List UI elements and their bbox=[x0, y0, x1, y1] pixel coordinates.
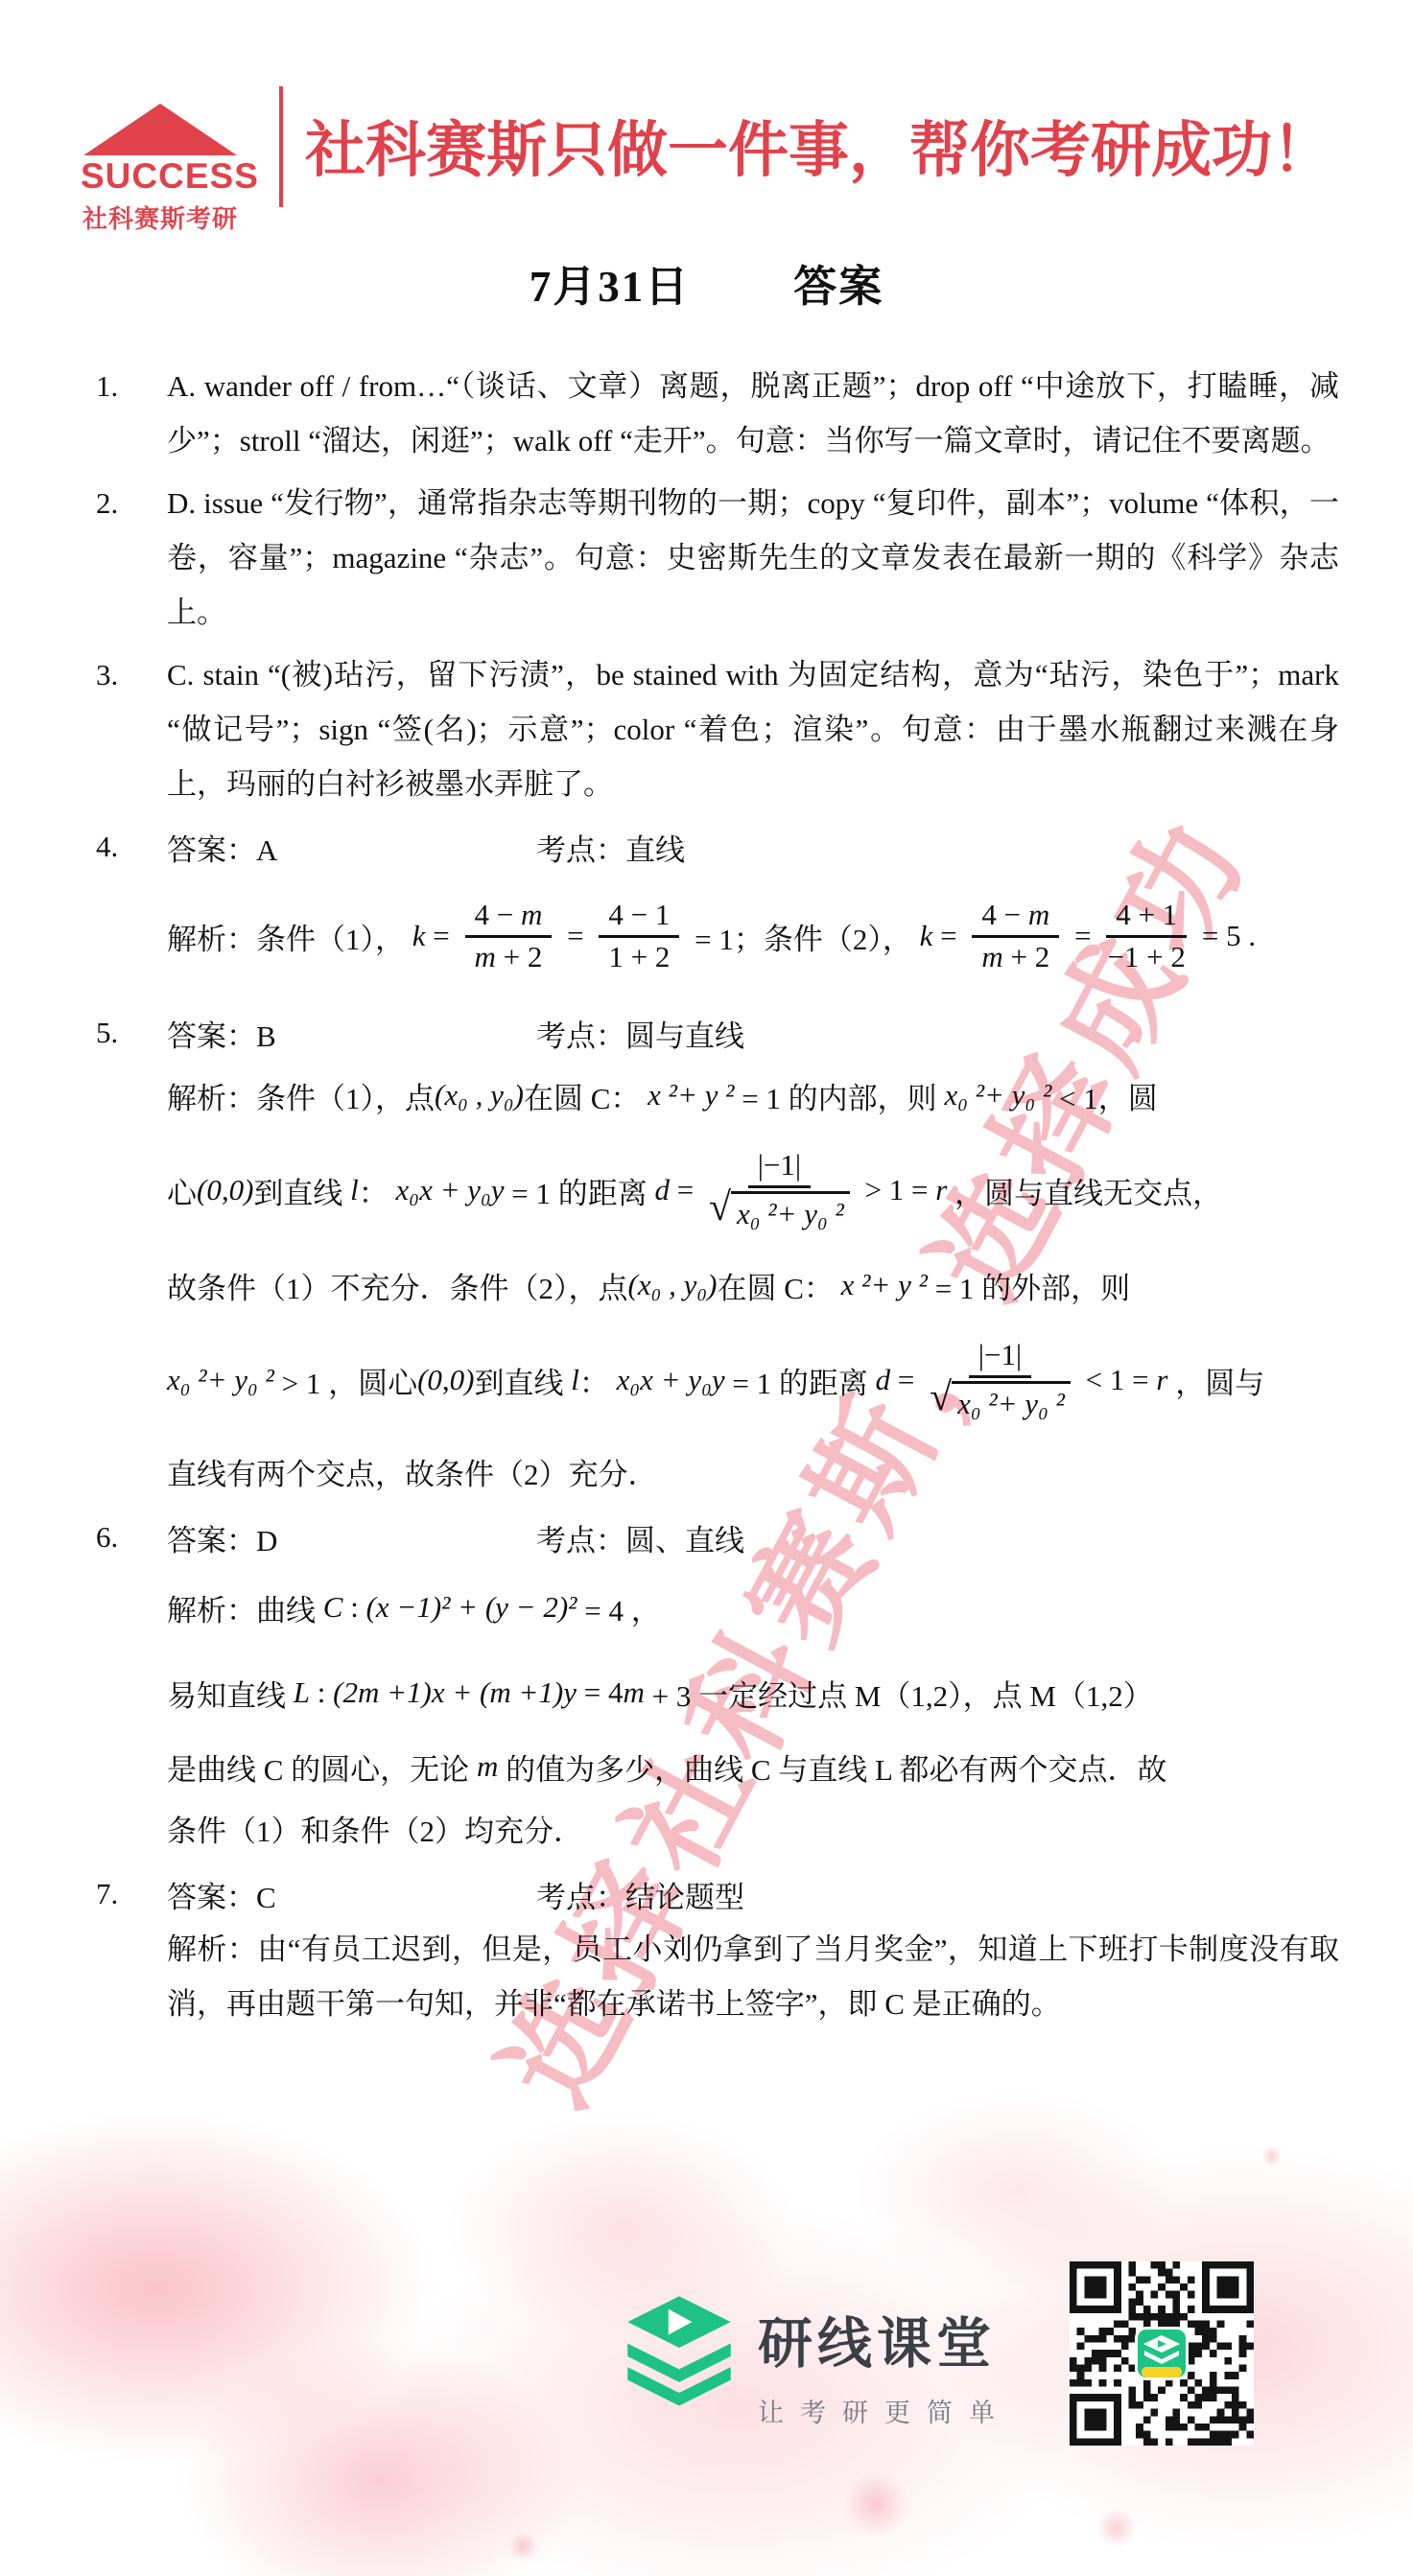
math-text: = 4 bbox=[577, 1675, 623, 1710]
math-text: r bbox=[935, 1173, 947, 1207]
math-text: 是曲线 C 的圆心，无论 bbox=[167, 1745, 477, 1789]
answer-item: 5.答案：B考点：圆与直线解析：条件（1），点(x₀ , y₀)在圆 C： x … bbox=[92, 1005, 1339, 1502]
math-text: x₀ ²+ y₀ ² bbox=[737, 1197, 844, 1230]
fraction-denominator: −1 + 2 bbox=[1107, 938, 1185, 974]
math-text: = bbox=[1067, 919, 1098, 953]
math-text: d bbox=[655, 1173, 671, 1207]
math-text: 4 − bbox=[475, 898, 521, 931]
fraction-numerator: |−1| bbox=[969, 1339, 1031, 1378]
brand-name: SUCCESS bbox=[81, 156, 240, 197]
math-text: d bbox=[876, 1363, 891, 1397]
title-answer-word: 答案 bbox=[793, 263, 883, 311]
math-text: l bbox=[571, 1363, 579, 1397]
math-text: ，圆与 bbox=[1167, 1359, 1264, 1402]
answer-label: 答案：C bbox=[167, 1873, 536, 1916]
footer-tagline: 让考研更简单 bbox=[758, 2392, 1011, 2429]
formula-line: 解析：条件（1）， k = 4 − mm + 2 = 4 − 11 + 2 = … bbox=[167, 875, 1339, 997]
answer-item: 4.答案：A考点：直线解析：条件（1）， k = 4 − mm + 2 = 4 … bbox=[92, 819, 1339, 997]
radicand: x₀ ²+ y₀ ² bbox=[731, 1191, 850, 1231]
fraction: 4 − 11 + 2 bbox=[599, 899, 679, 973]
math-text: ： bbox=[579, 1359, 617, 1402]
brand-subtitle: 社科赛斯考研 bbox=[81, 199, 240, 235]
exam-point-label: 考点：结论题型 bbox=[536, 1873, 744, 1916]
answer-point-row: 答案：D考点：圆、直线 bbox=[167, 1510, 1339, 1565]
exam-point-label: 考点：圆与直线 bbox=[536, 1012, 744, 1055]
answer-label: 答案：D bbox=[167, 1516, 536, 1559]
fraction-denominator: 1 + 2 bbox=[608, 938, 670, 974]
math-text: m bbox=[623, 1675, 644, 1710]
math-text: (x₀ , y₀) bbox=[435, 1078, 524, 1112]
math-text: (2m +1)x + (m +1)y bbox=[333, 1675, 577, 1710]
paragraph: A. wander off / from…“（谈话、文章）离题，脱离正题”；dr… bbox=[167, 359, 1339, 468]
math-text: 4 − 1 bbox=[608, 898, 670, 931]
math-text: m bbox=[981, 940, 1002, 973]
fraction-denominator: √x₀ ²+ y₀ ² bbox=[930, 1378, 1071, 1421]
math-text: = 4 ， bbox=[577, 1586, 660, 1629]
math-text: (0,0) bbox=[417, 1363, 474, 1397]
math-text: < 1，圆 bbox=[1051, 1074, 1157, 1117]
item-number: 7. bbox=[92, 1866, 167, 2031]
fraction-numerator: 4 + 1 bbox=[1106, 899, 1187, 938]
sqrt-expression: √x₀ ²+ y₀ ² bbox=[709, 1191, 850, 1231]
math-text: C. stain “(被)玷污，留下污渍”，be stained with 为固… bbox=[167, 658, 1347, 801]
math-text: 在圆 C： bbox=[717, 1264, 840, 1307]
item-content: 答案：A考点：直线解析：条件（1）， k = 4 − mm + 2 = 4 − … bbox=[167, 819, 1339, 997]
page-title: 7月31日答案 bbox=[0, 251, 1413, 314]
radical-sign: √ bbox=[930, 1378, 952, 1418]
math-text: (x₀ , y₀) bbox=[628, 1268, 718, 1302]
qr-center-icon bbox=[1135, 2327, 1189, 2380]
math-text: m bbox=[477, 1749, 498, 1784]
item-number: 3. bbox=[92, 647, 167, 811]
math-text: m bbox=[1028, 898, 1049, 931]
math-text: < 1 = bbox=[1078, 1363, 1156, 1397]
math-text: = 1 的外部，则 bbox=[928, 1264, 1130, 1307]
answer-point-row: 答案：B考点：圆与直线 bbox=[167, 1005, 1339, 1061]
fraction-denominator: m + 2 bbox=[475, 938, 543, 974]
math-text: 的值为多少，曲线 C 与直线 L 都必有两个交点．故 bbox=[498, 1745, 1166, 1789]
math-text: = bbox=[559, 919, 591, 953]
math-text: x₀x + y₀y bbox=[617, 1363, 725, 1397]
paragraph: C. stain “(被)玷污，留下污渍”，be stained with 为固… bbox=[167, 647, 1339, 811]
math-text: |−1| bbox=[978, 1338, 1022, 1371]
math-text: x₀ ²+ y₀ ² bbox=[944, 1078, 1051, 1112]
success-logo: SUCCESS 社科赛斯考研 bbox=[81, 104, 240, 235]
answer-label: 答案：A bbox=[167, 826, 536, 869]
math-text: + 3 一定经过点 M（1,2），点 M（1,2） bbox=[645, 1672, 1153, 1715]
math-text: 解析：由“有员工迟到，但是，员工小刘仍拿到了当月奖金”，知道上下班打卡制度没有取… bbox=[167, 1932, 1339, 2021]
header-divider bbox=[279, 86, 283, 207]
math-text: 易知直线 bbox=[167, 1672, 294, 1715]
page: 选择社科赛斯，选择成功 SUCCESS 社科赛斯考研 社科赛斯只做一件事，帮你考… bbox=[0, 0, 1413, 2576]
math-text: 到直线 bbox=[474, 1359, 571, 1402]
formula-line: 故条件（1）不充分．条件（2），点(x₀ , y₀)在圆 C： x ²+ y ²… bbox=[167, 1251, 1339, 1320]
math-text: C bbox=[323, 1590, 343, 1625]
math-text: = 1 的距离 bbox=[725, 1359, 876, 1402]
math-text: = bbox=[890, 1363, 922, 1397]
answer-item: 7.答案：C考点：结论题型解析：由“有员工迟到，但是，员工小刘仍拿到了当月奖金”… bbox=[92, 1866, 1339, 2031]
formula-line: x₀ ²+ y₀ ² > 1 ，圆心(0,0)到直线 l： x₀x + y₀y … bbox=[167, 1320, 1339, 1440]
math-text: x₀x + y₀y bbox=[396, 1173, 505, 1207]
answers-list: 1.A. wander off / from…“（谈话、文章）离题，脱离正题”；… bbox=[92, 359, 1339, 2039]
paragraph: D. issue “发行物”，通常指杂志等期刊物的一期；copy “复印件，副本… bbox=[167, 476, 1339, 640]
math-text: k bbox=[920, 919, 933, 953]
fraction-denominator: m + 2 bbox=[981, 938, 1049, 974]
formula-line: 解析：曲线 C : (x −1)² + (y − 2)² = 4 ， bbox=[167, 1565, 1339, 1650]
footer-brand-block: 研线课堂 让考研更简单 bbox=[758, 2300, 1011, 2429]
math-text: 心 bbox=[167, 1169, 197, 1212]
fraction: 4 − mm + 2 bbox=[972, 899, 1059, 973]
math-text: > 1 = bbox=[858, 1173, 935, 1207]
fraction: |−1|√x₀ ²+ y₀ ² bbox=[709, 1149, 850, 1231]
formula-line: 直线有两个交点，故条件（2）充分． bbox=[167, 1440, 1339, 1502]
math-text: = 1；条件（2）， bbox=[687, 915, 919, 958]
math-text: x ²+ y ² bbox=[841, 1268, 928, 1302]
yanxian-logo-icon bbox=[625, 2294, 733, 2407]
footer-brand-name: 研线课堂 bbox=[758, 2300, 1011, 2378]
formula-line: 是曲线 C 的圆心，无论 m 的值为多少，曲线 C 与直线 L 都必有两个交点．… bbox=[167, 1736, 1339, 1797]
answer-item: 6.答案：D考点：圆、直线解析：曲线 C : (x −1)² + (y − 2)… bbox=[92, 1510, 1339, 1859]
math-text: = bbox=[932, 919, 964, 953]
item-content: A. wander off / from…“（谈话、文章）离题，脱离正题”；dr… bbox=[167, 359, 1339, 468]
item-content: 答案：D考点：圆、直线解析：曲线 C : (x −1)² + (y − 2)² … bbox=[167, 1510, 1339, 1859]
math-text: 解析：曲线 bbox=[167, 1586, 323, 1629]
item-content: 答案：B考点：圆与直线解析：条件（1），点(x₀ , y₀)在圆 C： x ²+… bbox=[167, 1005, 1339, 1502]
formula-line: 心(0,0)到直线 l： x₀x + y₀y = 1 的距离 d = |−1|√… bbox=[167, 1130, 1339, 1251]
math-text: ： bbox=[359, 1169, 396, 1212]
item-number: 6. bbox=[92, 1510, 167, 1859]
qr-code bbox=[1070, 2261, 1254, 2446]
radical-sign: √ bbox=[709, 1188, 731, 1229]
math-text: ，圆与直线无交点， bbox=[947, 1169, 1222, 1212]
math-text: 解析：条件（1）， bbox=[167, 915, 412, 958]
math-text: D. issue “发行物”，通常指杂志等期刊物的一期；copy “复印件，副本… bbox=[167, 486, 1339, 629]
math-text: 解析：条件（1），点 bbox=[167, 1074, 435, 1117]
math-text: 到直线 bbox=[253, 1169, 350, 1212]
math-text: = bbox=[426, 919, 458, 953]
formula-line: 易知直线 L : (2m +1)x + (m +1)y = 4m + 3 一定经… bbox=[167, 1650, 1339, 1736]
answer-item: 1.A. wander off / from…“（谈话、文章）离题，脱离正题”；… bbox=[92, 359, 1339, 468]
item-number: 5. bbox=[92, 1005, 167, 1502]
fraction-numerator: |−1| bbox=[748, 1149, 811, 1188]
qr-cap-glyph bbox=[1138, 2330, 1186, 2377]
math-text: = 5 . bbox=[1194, 919, 1256, 953]
math-text: 4 − bbox=[981, 898, 1027, 931]
math-text: x₀ ²+ y₀ ² bbox=[957, 1387, 1065, 1420]
math-text: x₀ ²+ y₀ ² bbox=[167, 1363, 274, 1397]
math-text: (0,0) bbox=[197, 1173, 253, 1207]
math-text: k bbox=[412, 919, 426, 953]
item-number: 4. bbox=[92, 819, 167, 997]
math-text: : bbox=[342, 1590, 365, 1625]
math-text: + 2 bbox=[496, 940, 542, 973]
math-text: + 2 bbox=[1003, 940, 1049, 973]
answer-point-row: 答案：C考点：结论题型 bbox=[167, 1866, 1339, 1922]
math-text: 1 + 2 bbox=[608, 940, 670, 973]
math-text: 条件（1）和条件（2）均充分． bbox=[167, 1807, 583, 1850]
item-number: 1. bbox=[92, 359, 167, 468]
answer-point-row: 答案：A考点：直线 bbox=[167, 819, 1339, 875]
radicand: x₀ ²+ y₀ ² bbox=[952, 1381, 1071, 1421]
math-text: A. wander off / from…“（谈话、文章）离题，脱离正题”；dr… bbox=[167, 369, 1339, 457]
formula-line: 条件（1）和条件（2）均充分． bbox=[167, 1797, 1339, 1859]
math-text: 在圆 C： bbox=[524, 1074, 648, 1117]
math-text: > 1 ，圆心 bbox=[274, 1359, 417, 1402]
math-text: 4 + 1 bbox=[1116, 898, 1177, 931]
math-text: m bbox=[475, 940, 496, 973]
header-slogan: 社科赛斯只做一件事，帮你考研成功！ bbox=[305, 90, 1332, 211]
math-text: = bbox=[670, 1173, 701, 1207]
math-text: x ²+ y ² bbox=[648, 1078, 734, 1112]
fraction-denominator: √x₀ ²+ y₀ ² bbox=[709, 1188, 850, 1231]
item-content: D. issue “发行物”，通常指杂志等期刊物的一期；copy “复印件，副本… bbox=[167, 476, 1339, 640]
math-text: 直线有两个交点，故条件（2）充分． bbox=[167, 1450, 658, 1493]
item-content: 答案：C考点：结论题型解析：由“有员工迟到，但是，员工小刘仍拿到了当月奖金”，知… bbox=[167, 1866, 1339, 2031]
sqrt-expression: √x₀ ²+ y₀ ² bbox=[930, 1381, 1071, 1421]
graduation-cap-icon bbox=[625, 2294, 733, 2412]
item-number: 2. bbox=[92, 476, 167, 640]
math-text: = 1 的距离 bbox=[505, 1169, 655, 1212]
math-text: −1 + 2 bbox=[1107, 940, 1185, 973]
roof-triangle-icon bbox=[83, 104, 237, 155]
math-text: (x −1)² + (y − 2)² bbox=[366, 1590, 577, 1625]
fraction: |−1|√x₀ ²+ y₀ ² bbox=[930, 1339, 1071, 1421]
answer-label: 答案：B bbox=[167, 1012, 536, 1055]
fraction: 4 − mm + 2 bbox=[465, 899, 553, 973]
exam-point-label: 考点：直线 bbox=[536, 826, 685, 869]
math-text: = 1 的内部，则 bbox=[734, 1074, 944, 1117]
fraction-numerator: 4 − m bbox=[972, 899, 1059, 938]
fraction-numerator: 4 − m bbox=[465, 899, 553, 938]
math-text: 故条件（1）不充分．条件（2），点 bbox=[167, 1264, 628, 1307]
fraction-numerator: 4 − 1 bbox=[599, 899, 679, 938]
math-text: : bbox=[310, 1675, 333, 1710]
answer-item: 3.C. stain “(被)玷污，留下污渍”，be stained with … bbox=[92, 647, 1339, 811]
math-text: m bbox=[521, 898, 542, 931]
math-text: L bbox=[294, 1675, 310, 1710]
math-text: |−1| bbox=[758, 1148, 801, 1182]
exam-point-label: 考点：圆、直线 bbox=[536, 1516, 744, 1559]
item-content: C. stain “(被)玷污，留下污渍”，be stained with 为固… bbox=[167, 647, 1339, 811]
fraction: 4 + 1−1 + 2 bbox=[1106, 899, 1187, 973]
title-date: 7月31日 bbox=[530, 263, 691, 311]
paragraph: 解析：由“有员工迟到，但是，员工小刘仍拿到了当月奖金”，知道上下班打卡制度没有取… bbox=[167, 1922, 1339, 2031]
math-text: l bbox=[350, 1173, 359, 1207]
math-text: r bbox=[1156, 1363, 1167, 1397]
answer-item: 2.D. issue “发行物”，通常指杂志等期刊物的一期；copy “复印件，… bbox=[92, 476, 1339, 640]
formula-line: 解析：条件（1），点(x₀ , y₀)在圆 C： x ²+ y ² = 1 的内… bbox=[167, 1061, 1339, 1130]
